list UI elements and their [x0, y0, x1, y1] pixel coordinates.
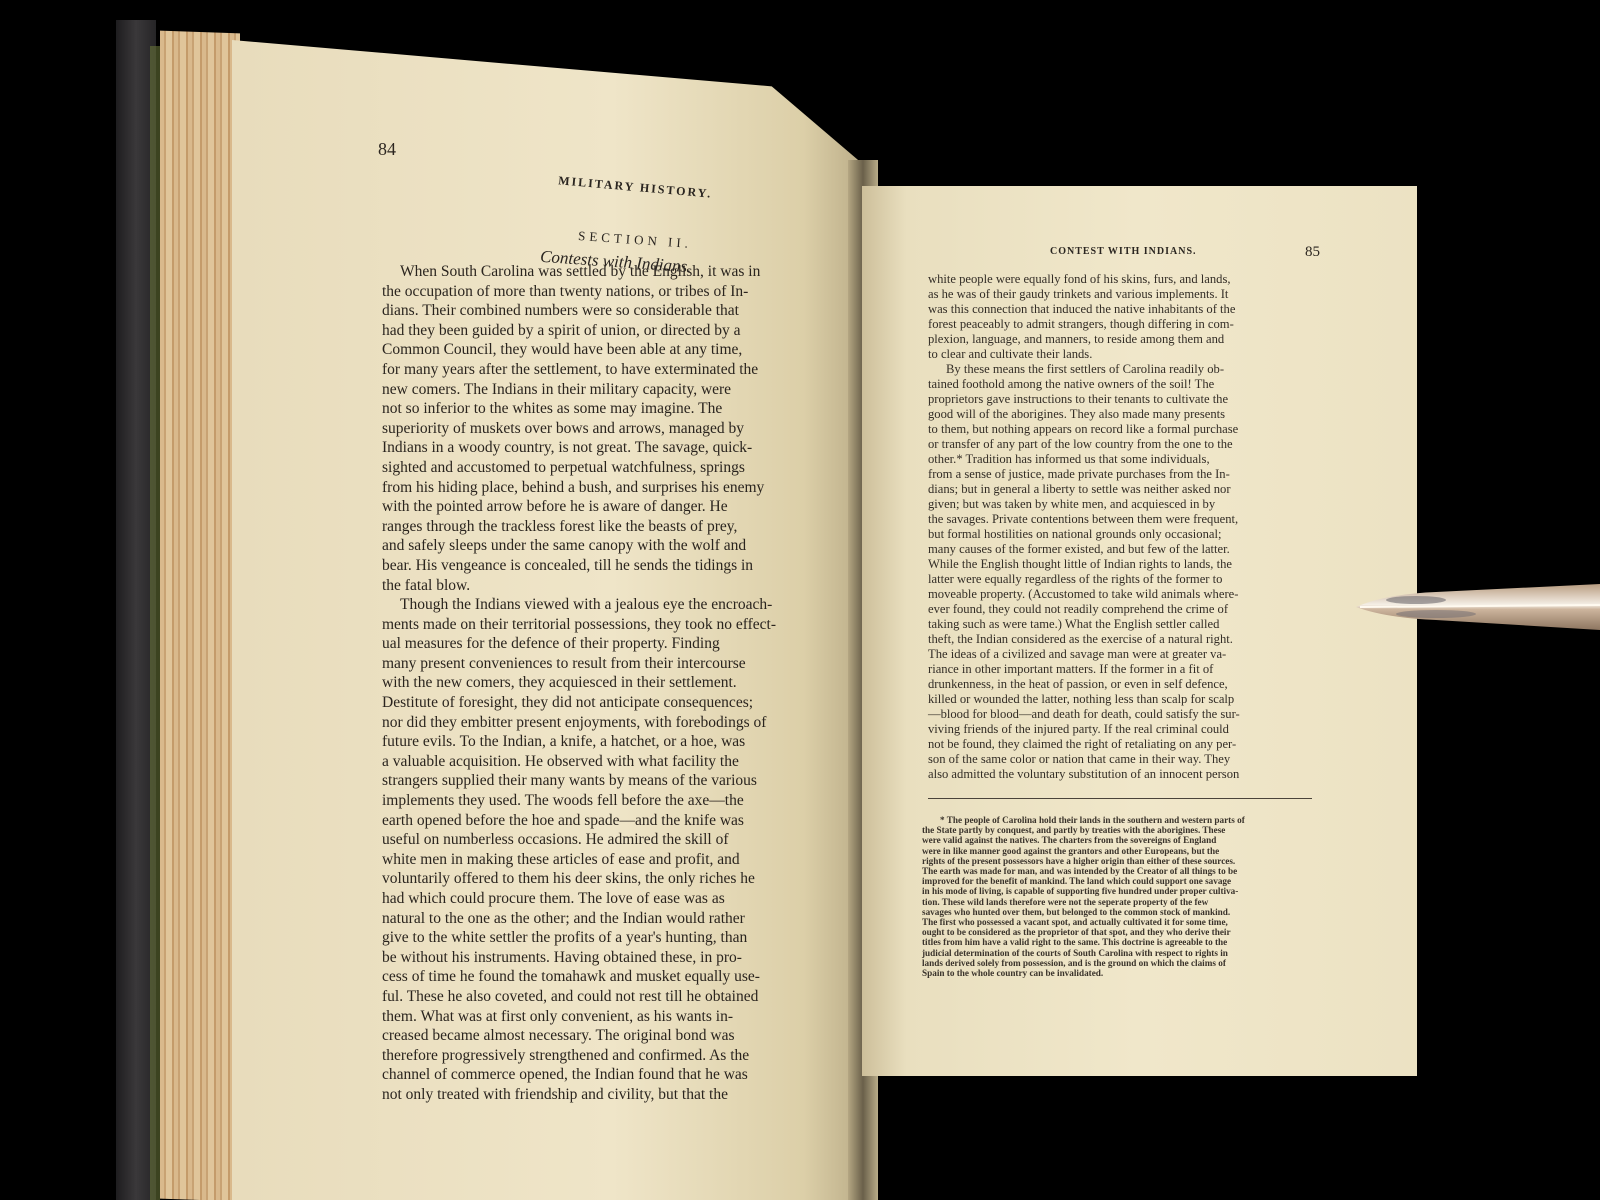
- right-text-line: given; but was taken by white men, and a…: [928, 497, 1320, 512]
- left-text-line: Though the Indians viewed with a jealous…: [382, 595, 837, 615]
- right-text-line: riance in other important matters. If th…: [928, 662, 1320, 677]
- footnote-line: tion. These wild lands therefore were no…: [922, 897, 1317, 907]
- right-text-line: good will of the aborigines. They also m…: [928, 407, 1320, 422]
- footnote-line: The earth was made for man, and was inte…: [922, 866, 1317, 876]
- left-text-line: channel of commerce opened, the Indian f…: [382, 1065, 837, 1085]
- left-page-number: 84: [378, 139, 396, 160]
- left-text-line: strangers supplied their many wants by m…: [382, 771, 837, 791]
- left-text-line: bear. His vengeance is concealed, till h…: [382, 556, 837, 576]
- left-text-line: the occupation of more than twenty natio…: [382, 282, 837, 302]
- left-text-line: for many years after the settlement, to …: [382, 360, 837, 380]
- right-text-line: tained foothold among the native owners …: [928, 377, 1320, 392]
- left-text-line: implements they used. The woods fell bef…: [382, 791, 837, 811]
- left-text-line: Indians in a woody country, is not great…: [382, 438, 837, 458]
- footnote-line: judicial determination of the courts of …: [922, 948, 1317, 958]
- right-text-line: not be found, they claimed the right of …: [928, 737, 1320, 752]
- right-page-body: white people were equally fond of his sk…: [928, 272, 1320, 782]
- left-text-line: with the new comers, they acquiesced in …: [382, 673, 837, 693]
- left-text-line: not so inferior to the whites as some ma…: [382, 399, 837, 419]
- left-text-line: from his hiding place, behind a bush, an…: [382, 478, 837, 498]
- left-text-line: Common Council, they would have been abl…: [382, 340, 837, 360]
- footnote-line: savages who hunted over them, but belong…: [922, 907, 1317, 917]
- right-text-line: While the English thought little of Indi…: [928, 557, 1320, 572]
- left-text-line: natural to the one as the other; and the…: [382, 909, 837, 929]
- left-text-line: future evils. To the Indian, a knife, a …: [382, 732, 837, 752]
- right-text-line: as he was of their gaudy trinkets and va…: [928, 287, 1320, 302]
- left-text-line: ual measures for the defence of their pr…: [382, 634, 837, 654]
- right-text-line: son of the same color or nation that cam…: [928, 752, 1320, 767]
- left-text-line: voluntarily offered to them his deer ski…: [382, 869, 837, 889]
- right-text-line: but formal hostilities on national groun…: [928, 527, 1320, 542]
- right-text-line: viving friends of the injured party. If …: [928, 722, 1320, 737]
- left-text-line: many present conveniences to result from…: [382, 654, 837, 674]
- right-text-line: ever found, they could not readily compr…: [928, 602, 1320, 617]
- left-text-line: therefore progressively strengthened and…: [382, 1046, 837, 1066]
- left-text-line: sighted and accustomed to perpetual watc…: [382, 458, 837, 478]
- left-text-line: had they been guided by a spirit of unio…: [382, 321, 837, 341]
- footnote-line: were in like manner good against the gra…: [922, 846, 1317, 856]
- right-text-line: white people were equally fond of his sk…: [928, 272, 1320, 287]
- right-running-head: CONTEST WITH INDIANS.: [1050, 246, 1197, 257]
- left-text-line: cess of time he found the tomahawk and m…: [382, 967, 837, 987]
- right-text-line: the savages. Private contentions between…: [928, 512, 1320, 527]
- left-text-line: them. What was at first only convenient,…: [382, 1007, 837, 1027]
- left-text-line: earth opened before the hoe and spade—an…: [382, 811, 837, 831]
- right-text-line: By these means the first settlers of Car…: [928, 362, 1320, 377]
- left-text-line: not only treated with friendship and civ…: [382, 1085, 837, 1105]
- left-text-line: give to the white settler the profits of…: [382, 928, 837, 948]
- left-text-line: ments made on their territorial possessi…: [382, 615, 837, 635]
- footnote-line: titles from him have a valid right to th…: [922, 937, 1317, 947]
- left-text-line: ranges through the trackless forest like…: [382, 517, 837, 537]
- marbled-endpaper: [150, 46, 160, 1200]
- right-text-line: taking such as were tame.) What the Engl…: [928, 617, 1320, 632]
- footnote: * The people of Carolina hold their land…: [922, 815, 1317, 978]
- left-text-line: had which could procure them. The love o…: [382, 889, 837, 909]
- right-text-line: other.* Tradition has informed us that s…: [928, 452, 1320, 467]
- right-text-line: many causes of the former existed, and b…: [928, 542, 1320, 557]
- page-edges: [160, 31, 240, 1200]
- right-text-line: forest peaceably to admit strangers, tho…: [928, 317, 1320, 332]
- right-text-line: theft, the Indian considered as the exer…: [928, 632, 1320, 647]
- right-text-line: to them, but nothing appears on record l…: [928, 422, 1320, 437]
- right-text-line: proprietors gave instructions to their t…: [928, 392, 1320, 407]
- footnote-line: in his mode of living, is capable of sup…: [922, 886, 1317, 896]
- right-text-line: —blood for blood—and death for death, co…: [928, 707, 1320, 722]
- left-page-body: When South Carolina was settled by the E…: [382, 262, 837, 1105]
- left-text-line: and safely sleeps under the same canopy …: [382, 536, 837, 556]
- left-text-line: a valuable acquisition. He observed with…: [382, 752, 837, 772]
- right-text-line: drunkenness, in the heat of passion, or …: [928, 677, 1320, 692]
- right-text-line: to clear and cultivate their lands.: [928, 347, 1320, 362]
- left-text-line: the fatal blow.: [382, 576, 837, 596]
- left-text-line: new comers. The Indians in their militar…: [382, 380, 837, 400]
- footnote-line: * The people of Carolina hold their land…: [922, 815, 1317, 825]
- right-text-line: moveable property. (Accustomed to take w…: [928, 587, 1320, 602]
- footnote-line: The first who possessed a vacant spot, a…: [922, 917, 1317, 927]
- footnote-line: lands derived solely from possession, an…: [922, 958, 1317, 968]
- right-text-line: also admitted the voluntary substitution…: [928, 767, 1320, 782]
- footnote-line: were valid against the natives. The char…: [922, 835, 1317, 845]
- left-text-line: useful on numberless occasions. He admir…: [382, 830, 837, 850]
- left-text-line: nor did they embitter present enjoyments…: [382, 713, 837, 733]
- right-text-line: The ideas of a civilized and savage man …: [928, 647, 1320, 662]
- footnote-line: Spain to the whole country can be invali…: [922, 968, 1317, 978]
- right-text-line: killed or wounded the latter, nothing le…: [928, 692, 1320, 707]
- left-text-line: with the pointed arrow before he is awar…: [382, 497, 837, 517]
- left-text-line: creased became almost necessary. The ori…: [382, 1026, 837, 1046]
- right-page-number: 85: [1305, 244, 1320, 261]
- left-text-line: be without his instruments. Having obtai…: [382, 948, 837, 968]
- left-text-line: superiority of muskets over bows and arr…: [382, 419, 837, 439]
- footnote-line: rights of the present possessors have a …: [922, 856, 1317, 866]
- footnote-line: improved for the benefit of mankind. The…: [922, 876, 1317, 886]
- left-text-line: When South Carolina was settled by the E…: [382, 262, 837, 282]
- right-text-line: dians; but in general a liberty to settl…: [928, 482, 1320, 497]
- left-text-line: ful. These he also coveted, and could no…: [382, 987, 837, 1007]
- knife-blade-icon: [1356, 584, 1600, 630]
- right-text-line: or transfer of any part of the low count…: [928, 437, 1320, 452]
- right-text-line: plexion, language, and manners, to resid…: [928, 332, 1320, 347]
- footnote-rule: [928, 798, 1312, 799]
- left-text-line: Destitute of foresight, they did not ant…: [382, 693, 837, 713]
- right-text-line: from a sense of justice, made private pu…: [928, 467, 1320, 482]
- right-text-line: was this connection that induced the nat…: [928, 302, 1320, 317]
- right-text-line: latter were equally regardless of the ri…: [928, 572, 1320, 587]
- footnote-line: ought to be considered as the proprietor…: [922, 927, 1317, 937]
- footnote-line: the State partly by conquest, and partly…: [922, 825, 1317, 835]
- left-text-line: dians. Their combined numbers were so co…: [382, 301, 837, 321]
- left-text-line: white men in making these articles of ea…: [382, 850, 837, 870]
